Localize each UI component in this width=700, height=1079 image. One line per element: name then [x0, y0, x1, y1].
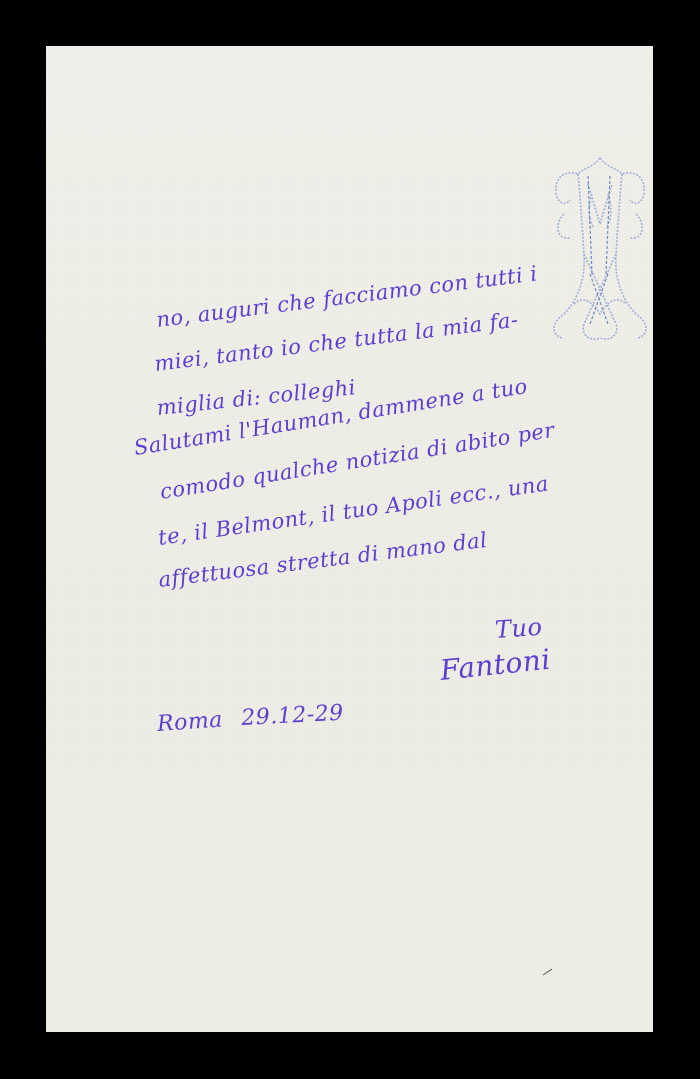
- date: 29.12-29: [241, 701, 345, 731]
- place: Roma: [156, 707, 223, 737]
- monogram-icon: [544, 154, 656, 344]
- letter-page: no, auguri che facciamo con tutti i miei…: [46, 46, 653, 1032]
- closing: Tuo: [494, 613, 543, 644]
- signature: Fantoni: [439, 643, 553, 687]
- stray-mark: [542, 968, 554, 976]
